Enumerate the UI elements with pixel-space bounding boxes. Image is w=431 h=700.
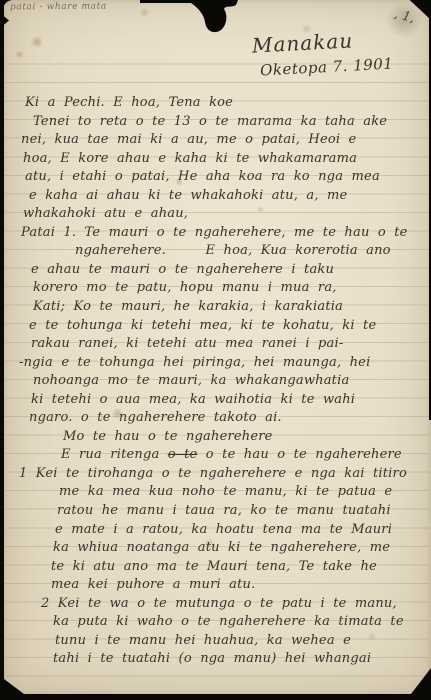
- manuscript-page: { "pencil_note": "patai - whare mata", "…: [0, 0, 431, 700]
- line-text: te ki atu ano ma te Mauri tena, Te take …: [51, 559, 377, 574]
- paper-edge-left: [0, 0, 4, 700]
- line-text: rakau ranei, ki tetehi atu mea ranei i p…: [31, 336, 343, 351]
- line-text: ki tetehi o aua mea, ka waihotia ki te w…: [31, 392, 355, 407]
- letter-line: whakahoki atu e ahau,: [19, 205, 429, 224]
- letter-body: Ki a Pechi. E hoa, Tena koeTenei to reta…: [19, 94, 429, 669]
- line-text: e kaha ai ahau ki te whakahoki atu, a, m…: [29, 188, 347, 203]
- line-text: nohoanga mo te mauri, ka whakangawhatia: [33, 373, 349, 388]
- letter-line: e ahau te mauri o te ngaherehere i taku: [19, 261, 429, 280]
- line-text: ka whiua noatanga atu ki te ngaherehere,…: [53, 540, 390, 555]
- letter-line: ka whiua noatanga atu ki te ngaherehere,…: [19, 539, 429, 558]
- letter-line: tahi i te tuatahi (o nga manu) hei whang…: [19, 650, 429, 669]
- line-text: whakahoki atu e ahau,: [23, 206, 188, 221]
- line-text: hoa, E kore ahau e kaha ki te whakamaram…: [23, 151, 357, 166]
- stain: [15, 50, 24, 59]
- torn-notch: [185, 0, 245, 40]
- letter-line: hoa, E kore ahau e kaha ki te whakamaram…: [19, 150, 429, 169]
- letter-line: me ka mea kua noho te manu, ki te patua …: [19, 483, 429, 502]
- letter-date: Oketopa 7. 1901: [260, 55, 394, 80]
- line-text: me ka mea kua noho te manu, ki te patua …: [59, 484, 392, 499]
- letter-line: Mo te hau o te ngaherehere: [19, 428, 429, 447]
- stain: [30, 36, 44, 48]
- line-text: ka puta ki waho o te ngaherehere ka tima…: [53, 614, 404, 629]
- letter-line: e te tohunga ki tetehi mea, ki te kohatu…: [19, 317, 429, 336]
- letter-line: rakau ranei, ki tetehi atu mea ranei i p…: [19, 335, 429, 354]
- letter-line: te ki atu ano ma te Mauri tena, Te take …: [19, 558, 429, 577]
- line-text: korero mo te patu, hopu manu i mua ra,: [33, 280, 337, 295]
- line-text: atu, i etahi o patai, He aha koa ra ko n…: [25, 169, 380, 184]
- letter-line: 2 Kei te wa o te mutunga o te patu i te …: [19, 595, 429, 614]
- line-text: 1 Kei te tirohanga o te ngaherehere e ng…: [19, 466, 407, 481]
- line-text: Ki a Pechi. E hoa, Tena koe: [25, 95, 233, 110]
- line-text: ngaherehere. E hoa, Kua korerotia ano: [75, 243, 391, 258]
- letter-line: atu, i etahi o patai, He aha koa ra ko n…: [19, 168, 429, 187]
- line-text: 2 Kei te wa o te mutunga o te patu i te …: [41, 596, 397, 611]
- letter-line: ngaherehere. E hoa, Kua korerotia ano: [19, 242, 429, 261]
- line-text: ratou he manu i taua ra, ko te manu tuat…: [57, 503, 391, 518]
- line-text: mea kei puhore a muri atu.: [51, 577, 255, 592]
- line-text: Kati; Ko te mauri, he karakia, i karakia…: [33, 299, 343, 314]
- stain: [139, 8, 150, 17]
- letter-line: korero mo te patu, hopu manu i mua ra,: [19, 279, 429, 298]
- letter-line: nohoanga mo te mauri, ka whakangawhatia: [19, 372, 429, 391]
- pencil-annotation: patai - whare mata: [10, 2, 107, 13]
- letter-line: Tenei to reta o te 13 o te marama ka tah…: [19, 113, 429, 132]
- struck-text: o te: [168, 447, 198, 462]
- line-text: e ahau te mauri o te ngaherehere i taku: [31, 262, 334, 277]
- line-text: ngaro. o te ngaherehere takoto ai.: [29, 410, 282, 425]
- line-text: o te hau o te ngaherehere: [197, 447, 401, 462]
- line-text: e mate i a ratou, ka hoatu tena ma te Ma…: [55, 522, 392, 537]
- paper-edge-top: [140, 0, 195, 3]
- paper-edge-bottom: [0, 694, 431, 700]
- letter-line: E rua ritenga o te o te hau o te ngahere…: [19, 446, 429, 465]
- line-text: Mo te hau o te ngaherehere: [63, 429, 273, 444]
- letter-line: ratou he manu i taua ra, ko te manu tuat…: [19, 502, 429, 521]
- line-text: -ngia e te tohunga hei piringa, hei maun…: [19, 355, 370, 370]
- letter-line: Ki a Pechi. E hoa, Tena koe: [19, 94, 429, 113]
- letter-line: ka puta ki waho o te ngaherehere ka tima…: [19, 613, 429, 632]
- line-text: Tenei to reta o te 13 o te marama ka tah…: [33, 114, 387, 129]
- letter-line: -ngia e te tohunga hei piringa, hei maun…: [19, 354, 429, 373]
- letter-line: nei, kua tae mai ki a au, me o patai, He…: [19, 131, 429, 150]
- letter-line: ki tetehi o aua mea, ka waihotia ki te w…: [19, 391, 429, 410]
- letter-line: ngaro. o te ngaherehere takoto ai.: [19, 409, 429, 428]
- letter-line: Kati; Ko te mauri, he karakia, i karakia…: [19, 298, 429, 317]
- line-text: Patai 1. Te mauri o te ngaherehere, me t…: [21, 225, 408, 240]
- page-number: , 1,: [392, 7, 416, 27]
- letter-line: Patai 1. Te mauri o te ngaherehere, me t…: [19, 224, 429, 243]
- letter-paper: patai - whare mata , 1, Manakau Oketopa …: [3, 0, 431, 695]
- line-text: E rua ritenga: [61, 447, 168, 462]
- letter-line: tunu i te manu hei huahua, ka wehea e: [19, 632, 429, 651]
- letter-line: e mate i a ratou, ka hoatu tena ma te Ma…: [19, 521, 429, 540]
- line-text: tunu i te manu hei huahua, ka wehea e: [55, 633, 351, 648]
- letter-place: Manakau: [251, 28, 353, 57]
- line-text: nei, kua tae mai ki a au, me o patai, He…: [21, 132, 356, 147]
- letter-line: mea kei puhore a muri atu.: [19, 576, 429, 595]
- letter-line: e kaha ai ahau ki te whakahoki atu, a, m…: [19, 187, 429, 206]
- line-text: e te tohunga ki tetehi mea, ki te kohatu…: [29, 318, 376, 333]
- letter-line: 1 Kei te tirohanga o te ngaherehere e ng…: [19, 465, 429, 484]
- line-text: tahi i te tuatahi (o nga manu) hei whang…: [53, 651, 371, 666]
